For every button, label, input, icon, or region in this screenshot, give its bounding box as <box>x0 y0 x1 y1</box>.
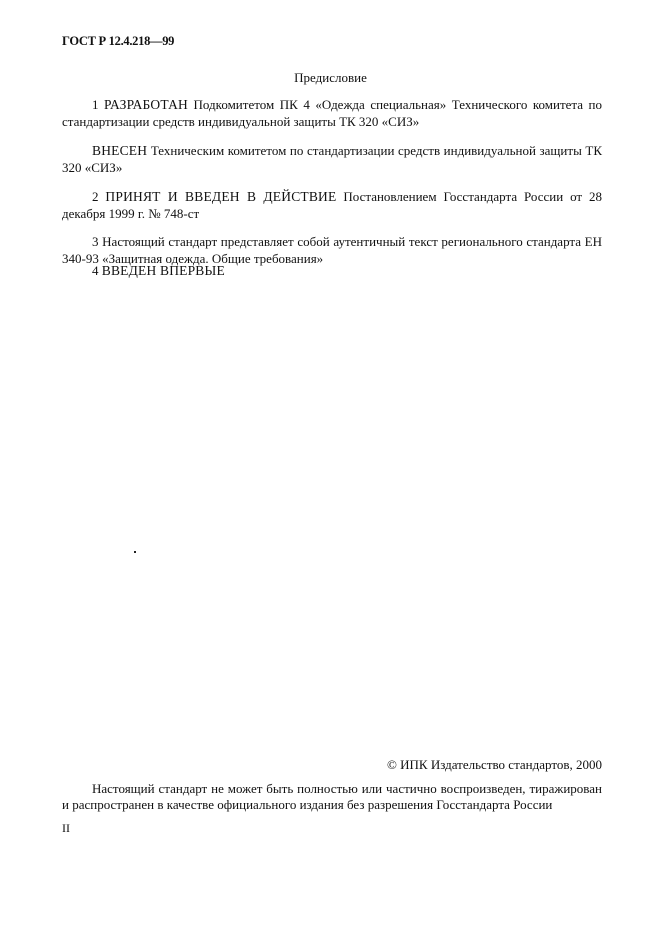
preface-title: Предисловие <box>0 70 661 86</box>
preface-paragraph-2: 2 ПРИНЯТ И ВВЕДЕН В ДЕЙСТВИЕ Постановлен… <box>62 188 602 222</box>
paragraph-number: 2 <box>92 189 99 204</box>
document-code: ГОСТ Р 12.4.218—99 <box>62 34 174 49</box>
page-number: II <box>62 821 70 836</box>
reproduction-notice: Настоящий стандарт не может быть полност… <box>62 781 602 813</box>
scan-artifact-dot <box>134 551 136 553</box>
paragraph-number: 1 <box>92 97 99 112</box>
copyright-line: © ИПК Издательство стандартов, 2000 <box>387 757 602 773</box>
preface-paragraph-submitted: ВНЕСЕН Техническим комитетом по стандарт… <box>62 142 602 176</box>
paragraph-lead: ПРИНЯТ И ВВЕДЕН В ДЕЙСТВИЕ <box>105 189 336 204</box>
paragraph-lead: РАЗРАБОТАН <box>104 97 188 112</box>
paragraph-lead: ВВЕДЕН ВПЕРВЫЕ <box>102 263 225 278</box>
paragraph-lead: ВНЕСЕН <box>92 143 147 158</box>
preface-paragraph-1: 1 РАЗРАБОТАН Подкомитетом ПК 4 «Одежда с… <box>62 96 602 130</box>
paragraph-number: 3 <box>92 234 99 249</box>
preface-paragraph-4: 4 ВВЕДЕН ВПЕРВЫЕ <box>62 262 602 279</box>
document-page: ГОСТ Р 12.4.218—99 Предисловие 1 РАЗРАБО… <box>0 0 661 935</box>
paragraph-number: 4 <box>92 263 99 278</box>
